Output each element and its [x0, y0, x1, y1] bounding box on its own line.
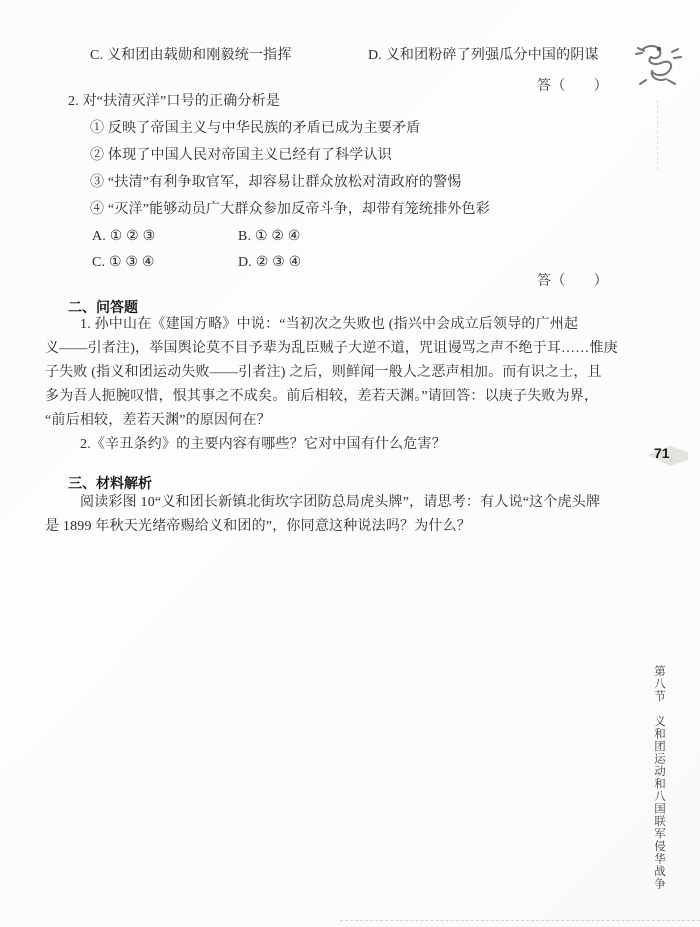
section2-q2: 2.《辛丑条约》的主要内容有哪些？它对中国有什么危害？ — [80, 436, 446, 454]
section2-q1-line1: 1. 孙中山在《建国方略》中说：“当初次之失败也 (指兴中会成立后领导的广州起 — [80, 316, 578, 334]
scan-artifact-vertical-dots — [657, 100, 658, 170]
mc2-answer-blank: 答（ ） — [537, 273, 608, 291]
page-number-tab: 71 — [646, 443, 690, 469]
section3-heading: 三、材料解析 — [68, 473, 152, 493]
mc1-answer-blank: 答（ ） — [537, 78, 608, 96]
mc2-statement-2: ② 体现了中国人民对帝国主义已经有了科学认识 — [90, 147, 392, 165]
dragon-ornament-icon — [628, 40, 688, 88]
section2-q1-line2: 义——引者注)，举国舆论莫不目予辈为乱臣贼子大逆不道，咒诅谩骂之声不绝于耳……惟… — [45, 340, 618, 358]
mc1-option-c: C. 义和团由载勋和刚毅统一指挥 — [90, 47, 292, 65]
mc1-option-d: D. 义和团粉碎了列强瓜分中国的阴谋 — [368, 47, 599, 65]
textbook-page: C. 义和团由载勋和刚毅统一指挥 D. 义和团粉碎了列强瓜分中国的阴谋 答（ ）… — [0, 0, 700, 927]
section3-line2: 是 1899 年秋天光绪帝赐给义和团的”，你同意这种说法吗？为什么？ — [45, 518, 471, 536]
page-number: 71 — [654, 445, 670, 461]
section2-heading: 二、问答题 — [68, 297, 138, 317]
scan-artifact-bottom-dots — [340, 920, 700, 921]
sidebar-chapter-label: 第八节 义和团运动和八国联军侵华战争 — [651, 665, 667, 883]
mc2-statement-1: ① 反映了帝国主义与中华民族的矛盾已成为主要矛盾 — [90, 120, 420, 138]
mc2-stem: 2. 对“扶清灭洋”口号的正确分析是 — [68, 93, 280, 111]
section2-q1-line5: “前后相较，差若天渊”的原因何在？ — [45, 412, 271, 430]
mc2-choice-d: D. ② ③ ④ — [238, 254, 301, 272]
mc2-statement-4: ④ “灭洋”能够动员广大群众参加反帝斗争，却带有笼统排外色彩 — [90, 201, 490, 219]
section2-q1-line3: 子失败 (指义和团运动失败——引者注) 之后，则鲜闻一般人之恶声相加。而有识之士… — [45, 364, 602, 382]
mc2-choice-a: A. ① ② ③ — [92, 228, 155, 246]
section2-q1-line4: 多为吾人扼腕叹惜，恨其事之不成矣。前后相较，差若天渊。”请回答：以庚子失败为界， — [45, 388, 598, 406]
mc2-choice-c: C. ① ③ ④ — [92, 254, 155, 272]
dragon-head-dot — [657, 47, 661, 51]
mc2-statement-3: ③ “扶清”有利争取官军，却容易让群众放松对清政府的警惕 — [90, 174, 462, 192]
mc2-choice-b: B. ① ② ④ — [238, 228, 301, 246]
section3-line1: 阅读彩图 10“义和团长新镇北街坎字团防总局虎头牌”，请思考：有人说“这个虎头牌 — [80, 494, 600, 512]
